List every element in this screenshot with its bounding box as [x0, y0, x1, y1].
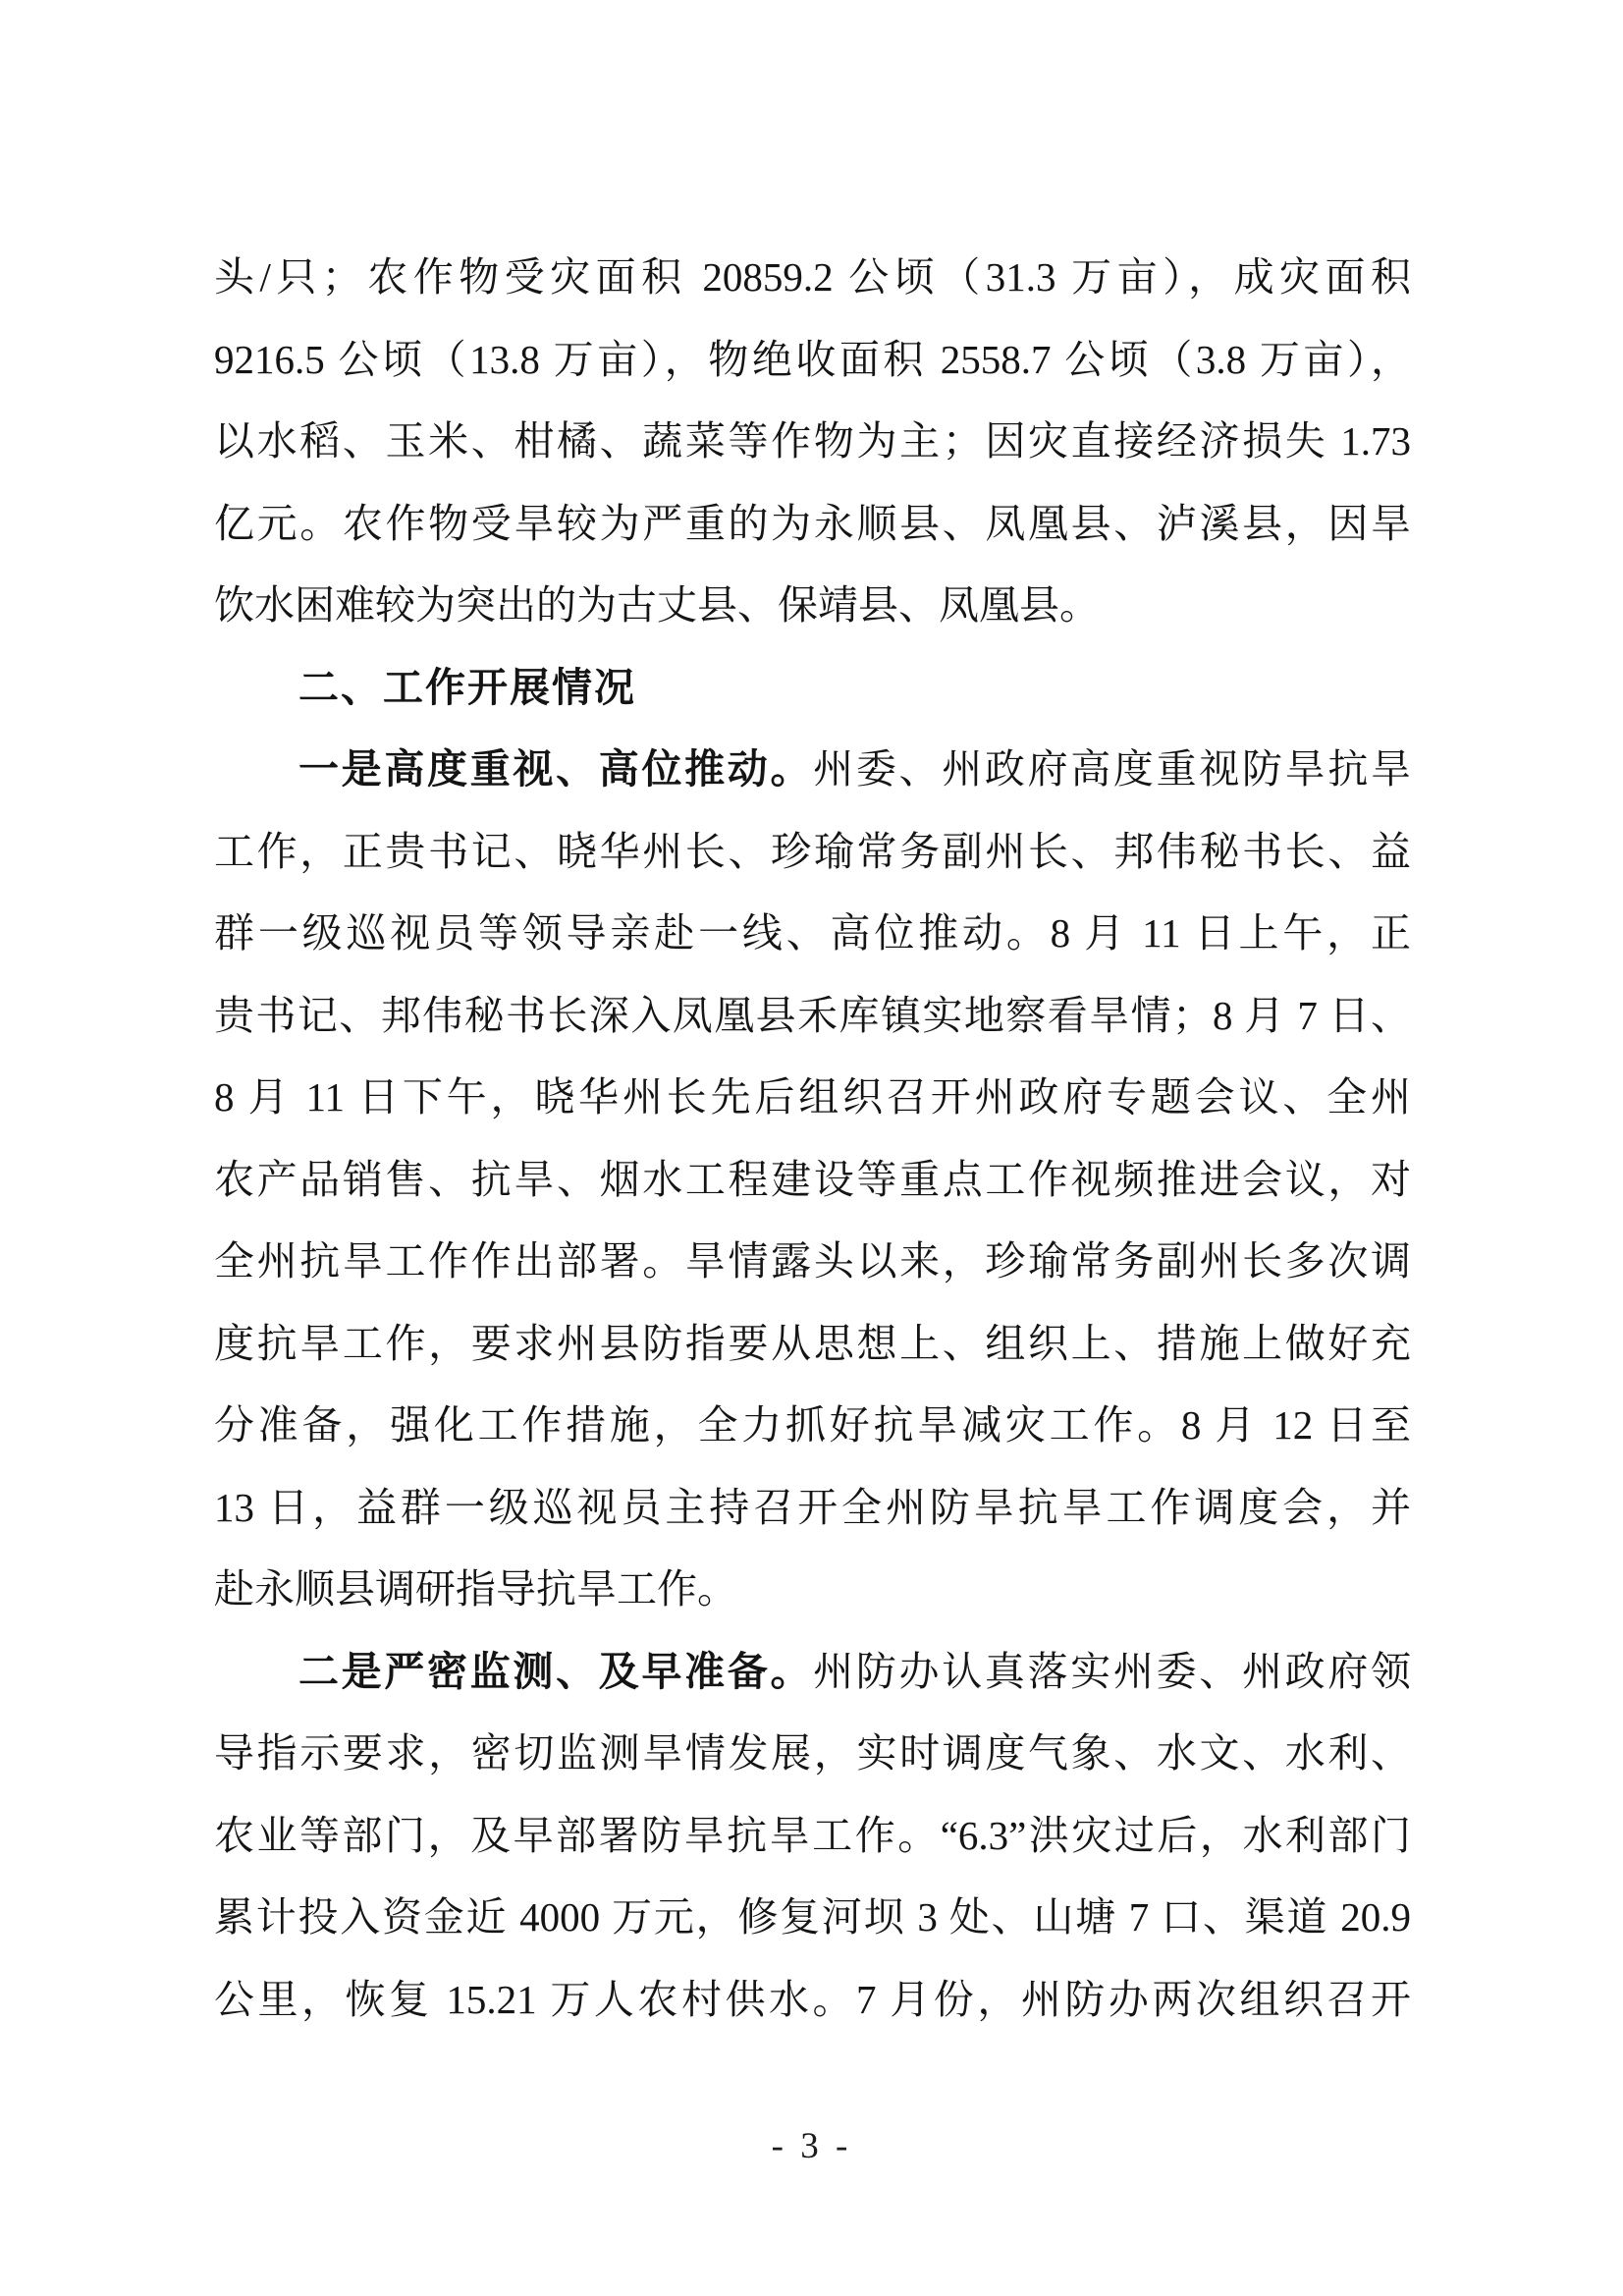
text-line: 公里，恢复 15.21 万人农村供水。7 月份，州防办两次组织召开	[214, 1959, 1411, 2042]
text-line: 8 月 11 日下午，晓华州长先后组织召开州政府专题会议、全州	[214, 1057, 1411, 1139]
page-footer: - 3 -	[0, 2125, 1623, 2167]
text-run: 贵书记、邦伟秘书长深入凤凰县禾库镇实地察看旱情；8 月 7 日、	[214, 993, 1411, 1038]
text-line: 度抗旱工作，要求州县防指要从思想上、组织上、措施上做好充	[214, 1303, 1411, 1386]
text-line: 分准备，强化工作措施，全力抓好抗旱减灾工作。8 月 12 日至	[214, 1385, 1411, 1467]
text-run: 农业等部门，及早部署防旱抗旱工作。“6.3”洪灾过后，水利部门	[214, 1813, 1411, 1858]
text-run: 头/只；农作物受灾面积 20859.2 公顷（31.3 万亩），成灾面积	[214, 254, 1411, 300]
text-run: 群一级巡视员等领导亲赴一线、高位推动。8 月 11 日上午，正	[214, 910, 1411, 956]
document-page: 头/只；农作物受灾面积 20859.2 公顷（31.3 万亩），成灾面积9216…	[0, 0, 1623, 2296]
bold-lead-text: 一是高度重视、高位推动。	[298, 746, 813, 792]
text-line: 二是严密监测、及早准备。州防办认真落实州委、州政府领	[214, 1631, 1411, 1714]
bold-lead-text: 二是严密监测、及早准备。	[298, 1649, 813, 1694]
text-run: 饮水困难较为突出的为古丈县、保靖县、凤凰县。	[214, 582, 1100, 628]
page-number: - 3 -	[772, 2126, 852, 2166]
text-run: 9216.5 公顷（13.8 万亩），物绝收面积 2558.7 公顷（3.8 万…	[214, 337, 1411, 382]
text-line: 农业等部门，及早部署防旱抗旱工作。“6.3”洪灾过后，水利部门	[214, 1795, 1411, 1878]
text-line: 饮水困难较为突出的为古丈县、保靖县、凤凰县。	[214, 565, 1411, 647]
text-run: 州委、州政府高度重视防旱抗旱	[813, 746, 1411, 792]
text-line: 导指示要求，密切监测旱情发展，实时调度气象、水文、水利、	[214, 1713, 1411, 1795]
text-line: 一是高度重视、高位推动。州委、州政府高度重视防旱抗旱	[214, 729, 1411, 811]
text-line: 全州抗旱工作作出部署。旱情露头以来，珍瑜常务副州长多次调	[214, 1221, 1411, 1303]
text-line: 工作，正贵书记、晓华州长、珍瑜常务副州长、邦伟秘书长、益	[214, 811, 1411, 894]
text-run: 农产品销售、抗旱、烟水工程建设等重点工作视频推进会议，对	[214, 1157, 1411, 1202]
text-line: 以水稻、玉米、柑橘、蔬菜等作物为主；因灾直接经济损失 1.73	[214, 401, 1411, 483]
text-body: 头/只；农作物受灾面积 20859.2 公顷（31.3 万亩），成灾面积9216…	[214, 237, 1411, 2041]
text-line: 累计投入资金近 4000 万元，修复河坝 3 处、山塘 7 口、渠道 20.9	[214, 1877, 1411, 1959]
text-line: 13 日，益群一级巡视员主持召开全州防旱抗旱工作调度会，并	[214, 1467, 1411, 1550]
text-run: 州防办认真落实州委、州政府领	[813, 1649, 1411, 1694]
text-line: 贵书记、邦伟秘书长深入凤凰县禾库镇实地察看旱情；8 月 7 日、	[214, 975, 1411, 1058]
text-run: 累计投入资金近 4000 万元，修复河坝 3 处、山塘 7 口、渠道 20.9	[214, 1894, 1411, 1940]
section-heading: 二、工作开展情况	[214, 647, 1411, 730]
text-run: 13 日，益群一级巡视员主持召开全州防旱抗旱工作调度会，并	[214, 1485, 1411, 1530]
text-run: 分准备，强化工作措施，全力抓好抗旱减灾工作。8 月 12 日至	[214, 1402, 1411, 1448]
text-line: 头/只；农作物受灾面积 20859.2 公顷（31.3 万亩），成灾面积	[214, 237, 1411, 319]
text-line: 群一级巡视员等领导亲赴一线、高位推动。8 月 11 日上午，正	[214, 893, 1411, 975]
text-run: 8 月 11 日下午，晓华州长先后组织召开州政府专题会议、全州	[214, 1074, 1411, 1120]
text-line: 赴永顺县调研指导抗旱工作。	[214, 1549, 1411, 1631]
text-line: 农产品销售、抗旱、烟水工程建设等重点工作视频推进会议，对	[214, 1139, 1411, 1222]
text-run: 以水稻、玉米、柑橘、蔬菜等作物为主；因灾直接经济损失 1.73	[214, 418, 1411, 464]
text-run: 赴永顺县调研指导抗旱工作。	[214, 1566, 737, 1612]
text-run: 工作，正贵书记、晓华州长、珍瑜常务副州长、邦伟秘书长、益	[214, 829, 1411, 874]
text-run: 导指示要求，密切监测旱情发展，实时调度气象、水文、水利、	[214, 1730, 1411, 1776]
text-run: 全州抗旱工作作出部署。旱情露头以来，珍瑜常务副州长多次调	[214, 1238, 1411, 1284]
text-run: 公里，恢复 15.21 万人农村供水。7 月份，州防办两次组织召开	[214, 1977, 1411, 2022]
text-line: 9216.5 公顷（13.8 万亩），物绝收面积 2558.7 公顷（3.8 万…	[214, 319, 1411, 402]
text-line: 亿元。农作物受旱较为严重的为永顺县、凤凰县、泸溪县，因旱	[214, 483, 1411, 566]
text-run: 亿元。农作物受旱较为严重的为永顺县、凤凰县、泸溪县，因旱	[214, 501, 1411, 546]
text-run: 度抗旱工作，要求州县防指要从思想上、组织上、措施上做好充	[214, 1321, 1411, 1366]
bold-lead-text: 二、工作开展情况	[298, 665, 636, 710]
